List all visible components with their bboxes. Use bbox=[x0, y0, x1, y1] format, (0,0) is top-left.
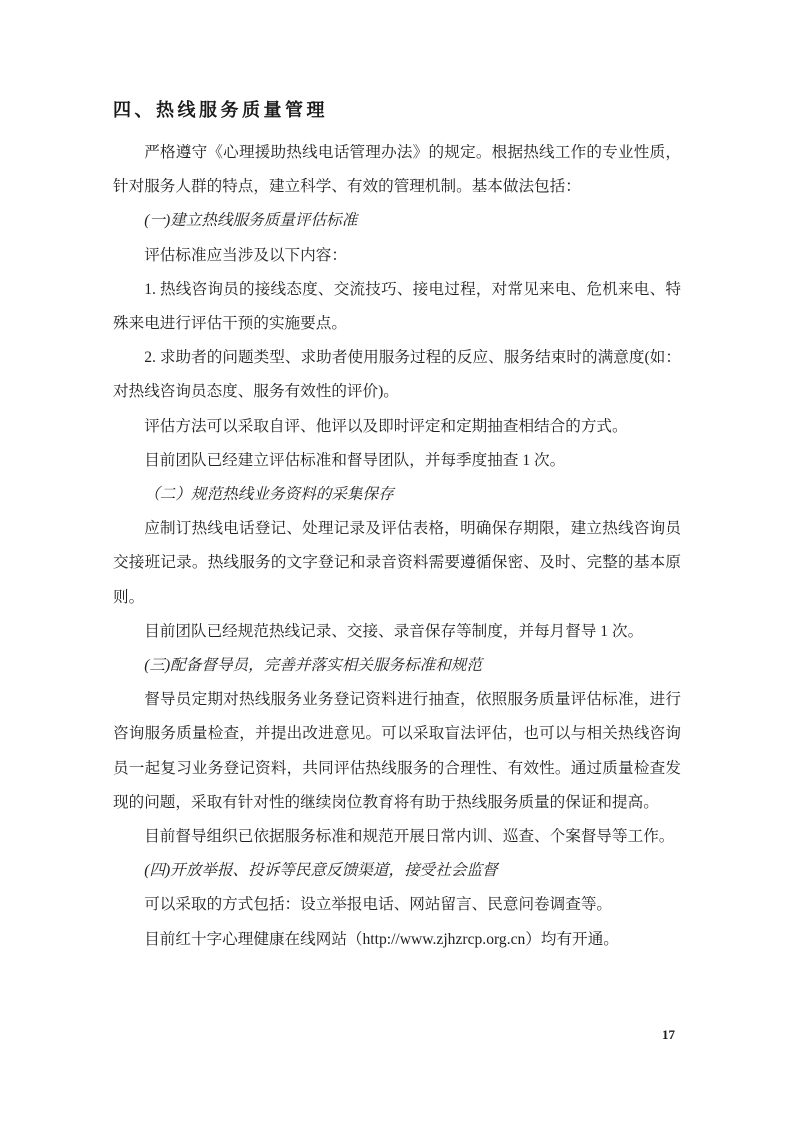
page-footer: 17 bbox=[113, 1026, 681, 1044]
paragraph: 严格遵守《心理援助热线电话管理办法》的规定。根据热线工作的专业性质，针对服务人群… bbox=[113, 136, 681, 204]
paragraph: 目前红十字心理健康在线网站（http://www.zjhzrcp.org.cn）… bbox=[113, 923, 681, 957]
page-title: 四、热线服务质量管理 bbox=[113, 96, 681, 126]
paragraph: 目前督导组织已依据服务标准和规范开展日常内训、巡查、个案督导等工作。 bbox=[113, 820, 681, 854]
paragraph: 2. 求助者的问题类型、求助者使用服务过程的反应、服务结束时的满意度(如：对热线… bbox=[113, 341, 681, 409]
section-heading: （二）规范热线业务资料的采集保存 bbox=[113, 478, 681, 512]
section-heading: (四)开放举报、投诉等民意反馈渠道，接受社会监督 bbox=[113, 854, 681, 888]
document-body: 严格遵守《心理援助热线电话管理办法》的规定。根据热线工作的专业性质，针对服务人群… bbox=[113, 136, 681, 957]
section-heading: (三)配备督导员，完善并落实相关服务标准和规范 bbox=[113, 649, 681, 683]
document-content: 四、热线服务质量管理 严格遵守《心理援助热线电话管理办法》的规定。根据热线工作的… bbox=[113, 96, 681, 957]
paragraph: 目前团队已经建立评估标准和督导团队，并每季度抽查 1 次。 bbox=[113, 444, 681, 478]
paragraph: 评估标准应当涉及以下内容： bbox=[113, 239, 681, 273]
paragraph: 可以采取的方式包括：设立举报电话、网站留言、民意问卷调查等。 bbox=[113, 888, 681, 922]
paragraph: 目前团队已经规范热线记录、交接、录音保存等制度，并每月督导 1 次。 bbox=[113, 615, 681, 649]
section-heading: (一)建立热线服务质量评估标准 bbox=[113, 204, 681, 238]
page-number: 17 bbox=[662, 1027, 675, 1042]
paragraph: 1. 热线咨询员的接线态度、交流技巧、接电过程，对常见来电、危机来电、特殊来电进… bbox=[113, 273, 681, 341]
paragraph: 应制订热线电话登记、处理记录及评估表格，明确保存期限，建立热线咨询员交接班记录。… bbox=[113, 512, 681, 615]
document-page: 四、热线服务质量管理 严格遵守《心理援助热线电话管理办法》的规定。根据热线工作的… bbox=[0, 0, 794, 1123]
paragraph: 督导员定期对热线服务业务登记资料进行抽查，依照服务质量评估标准，进行咨询服务质量… bbox=[113, 683, 681, 820]
paragraph: 评估方法可以采取自评、他评以及即时评定和定期抽查相结合的方式。 bbox=[113, 410, 681, 444]
